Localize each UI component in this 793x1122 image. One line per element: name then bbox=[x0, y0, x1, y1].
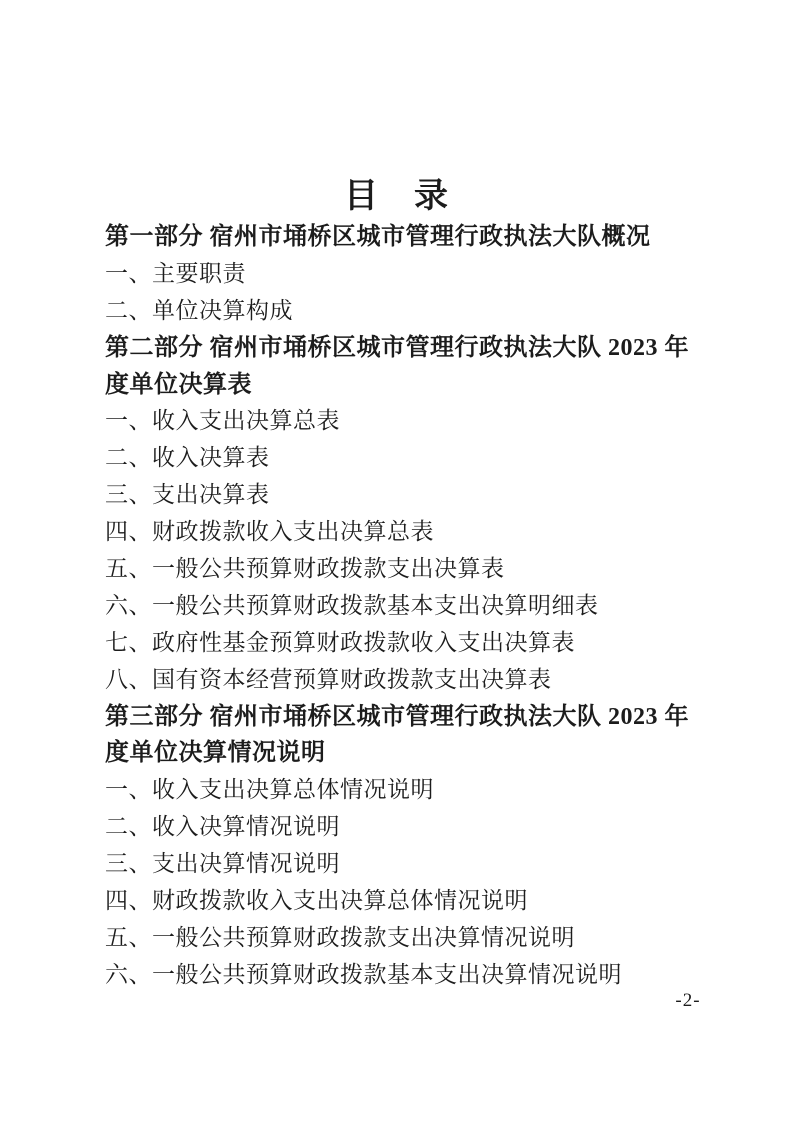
toc-item: 二、收入决算表 bbox=[105, 440, 711, 477]
toc-section-3-heading-line-2: 度单位决算情况说明 bbox=[105, 735, 711, 772]
toc-item: 一、收入支出决算总体情况说明 bbox=[105, 772, 711, 809]
document-title: 目 录 bbox=[0, 174, 793, 220]
table-of-contents: 第一部分 宿州市埇桥区城市管理行政执法大队概况 一、主要职责 二、单位决算构成 … bbox=[105, 219, 711, 994]
toc-item: 四、财政拨款收入支出决算总体情况说明 bbox=[105, 883, 711, 920]
toc-item: 三、支出决算表 bbox=[105, 477, 711, 514]
toc-item: 一、收入支出决算总表 bbox=[105, 403, 711, 440]
toc-section-1-heading: 第一部分 宿州市埇桥区城市管理行政执法大队概况 bbox=[105, 219, 711, 256]
toc-item: 七、政府性基金预算财政拨款收入支出决算表 bbox=[105, 625, 711, 662]
page-number: -2- bbox=[658, 990, 718, 1012]
toc-section-2-heading: 第二部分 宿州市埇桥区城市管理行政执法大队 2023 年 bbox=[105, 330, 711, 367]
toc-item: 八、国有资本经营预算财政拨款支出决算表 bbox=[105, 662, 711, 699]
toc-item: 一、主要职责 bbox=[105, 256, 711, 293]
toc-item: 三、支出决算情况说明 bbox=[105, 846, 711, 883]
toc-item: 二、收入决算情况说明 bbox=[105, 809, 711, 846]
toc-section-2-heading-line-2: 度单位决算表 bbox=[105, 367, 711, 404]
document-page: 目 录 第一部分 宿州市埇桥区城市管理行政执法大队概况 一、主要职责 二、单位决… bbox=[0, 0, 793, 1122]
toc-item: 四、财政拨款收入支出决算总表 bbox=[105, 514, 711, 551]
toc-item: 五、一般公共预算财政拨款支出决算表 bbox=[105, 551, 711, 588]
toc-item: 六、一般公共预算财政拨款基本支出决算情况说明 bbox=[105, 957, 711, 994]
toc-item: 五、一般公共预算财政拨款支出决算情况说明 bbox=[105, 920, 711, 957]
toc-item: 二、单位决算构成 bbox=[105, 293, 711, 330]
toc-section-3-heading: 第三部分 宿州市埇桥区城市管理行政执法大队 2023 年 bbox=[105, 699, 711, 736]
toc-item: 六、一般公共预算财政拨款基本支出决算明细表 bbox=[105, 588, 711, 625]
